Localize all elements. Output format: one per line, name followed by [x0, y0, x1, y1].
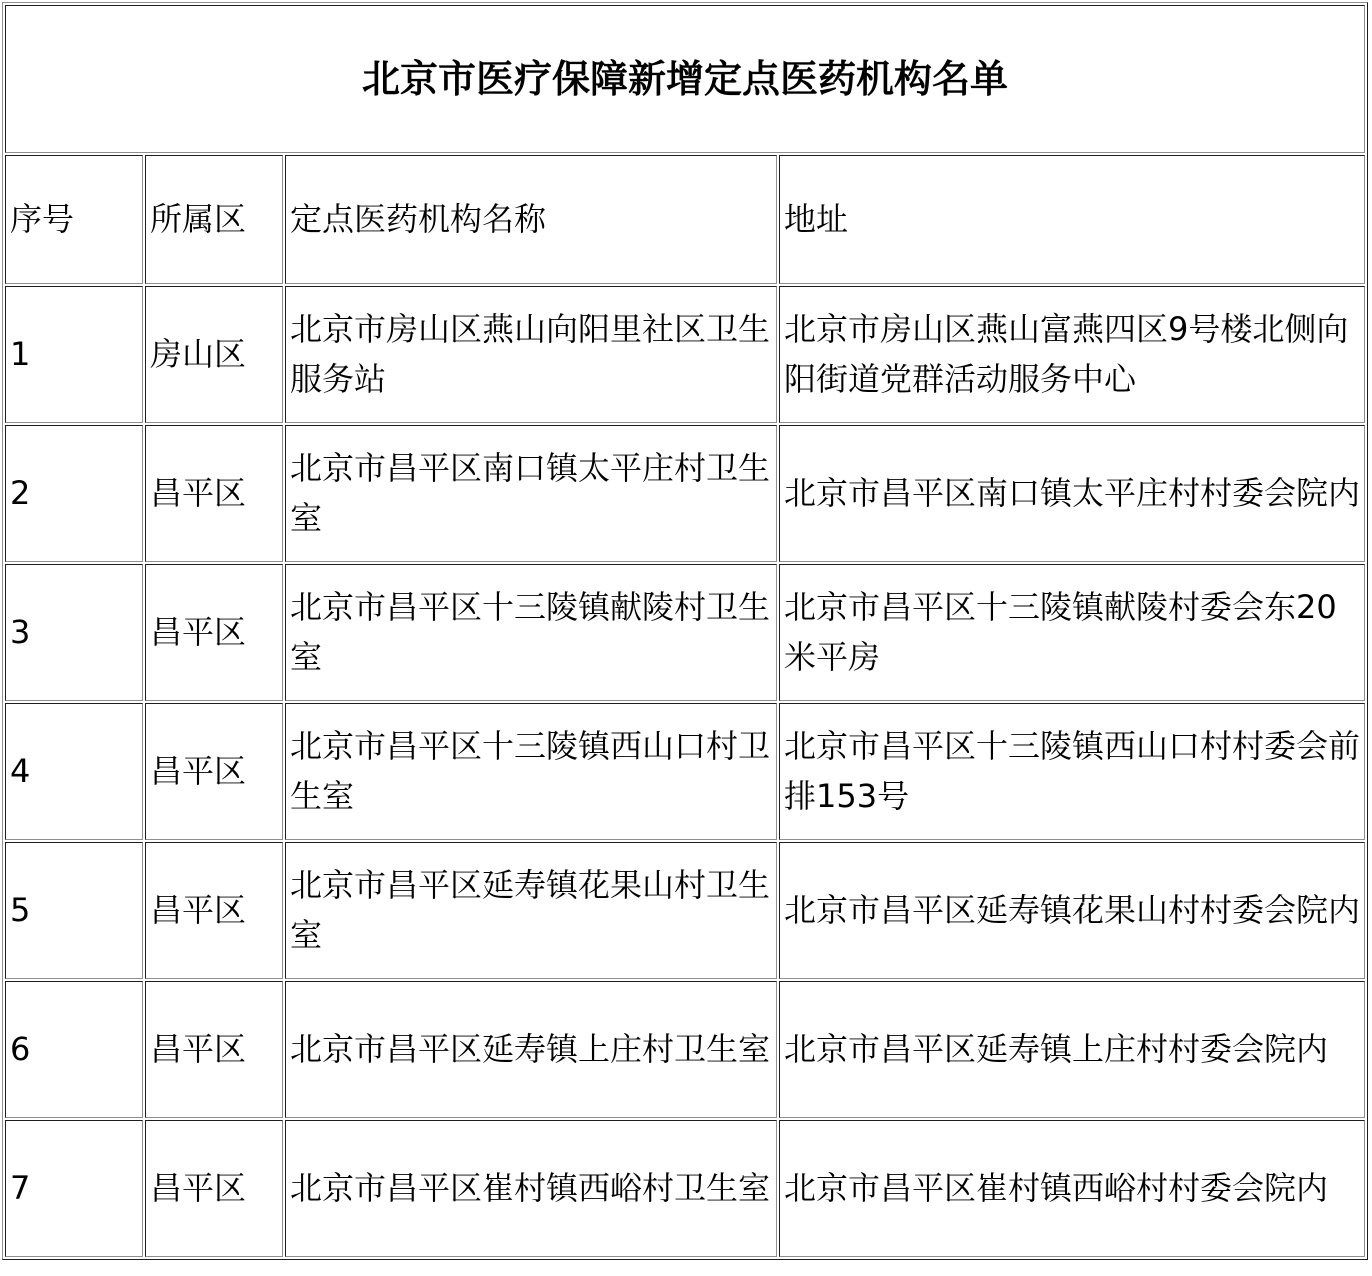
cell-seq: 2: [5, 425, 143, 562]
cell-district: 昌平区: [145, 981, 283, 1118]
table-row: 6 昌平区 北京市昌平区延寿镇上庄村卫生室 北京市昌平区延寿镇上庄村村委会院内: [5, 981, 1365, 1118]
cell-address: 北京市昌平区崔村镇西峪村村委会院内: [779, 1120, 1365, 1257]
cell-seq: 5: [5, 842, 143, 979]
title-row: 北京市医疗保障新增定点医药机构名单: [5, 5, 1365, 153]
cell-address: 北京市昌平区延寿镇上庄村村委会院内: [779, 981, 1365, 1118]
cell-institution-name: 北京市昌平区延寿镇花果山村卫生室: [285, 842, 777, 979]
cell-district: 房山区: [145, 286, 283, 423]
cell-seq: 4: [5, 703, 143, 840]
cell-seq: 3: [5, 564, 143, 701]
col-header-institution-name: 定点医药机构名称: [285, 155, 777, 284]
cell-institution-name: 北京市房山区燕山向阳里社区卫生服务站: [285, 286, 777, 423]
cell-seq: 1: [5, 286, 143, 423]
cell-institution-name: 北京市昌平区十三陵镇献陵村卫生室: [285, 564, 777, 701]
cell-district: 昌平区: [145, 425, 283, 562]
cell-seq: 6: [5, 981, 143, 1118]
cell-district: 昌平区: [145, 564, 283, 701]
table-header-row: 序号 所属区 定点医药机构名称 地址: [5, 155, 1365, 284]
cell-district: 昌平区: [145, 842, 283, 979]
cell-address: 北京市昌平区延寿镇花果山村村委会院内: [779, 842, 1365, 979]
cell-institution-name: 北京市昌平区崔村镇西峪村卫生室: [285, 1120, 777, 1257]
table-row: 4 昌平区 北京市昌平区十三陵镇西山口村卫生室 北京市昌平区十三陵镇西山口村村委…: [5, 703, 1365, 840]
table-row: 2 昌平区 北京市昌平区南口镇太平庄村卫生室 北京市昌平区南口镇太平庄村村委会院…: [5, 425, 1365, 562]
cell-address: 北京市昌平区南口镇太平庄村村委会院内: [779, 425, 1365, 562]
table-row: 7 昌平区 北京市昌平区崔村镇西峪村卫生室 北京市昌平区崔村镇西峪村村委会院内: [5, 1120, 1365, 1257]
cell-address: 北京市昌平区十三陵镇献陵村委会东20米平房: [779, 564, 1365, 701]
col-header-address: 地址: [779, 155, 1365, 284]
col-header-seq: 序号: [5, 155, 143, 284]
table-row: 5 昌平区 北京市昌平区延寿镇花果山村卫生室 北京市昌平区延寿镇花果山村村委会院…: [5, 842, 1365, 979]
cell-institution-name: 北京市昌平区延寿镇上庄村卫生室: [285, 981, 777, 1118]
medical-institutions-table: 北京市医疗保障新增定点医药机构名单 序号 所属区 定点医药机构名称 地址 1 房…: [2, 2, 1368, 1260]
cell-district: 昌平区: [145, 703, 283, 840]
cell-institution-name: 北京市昌平区南口镇太平庄村卫生室: [285, 425, 777, 562]
cell-address: 北京市昌平区十三陵镇西山口村村委会前排153号: [779, 703, 1365, 840]
table-row: 1 房山区 北京市房山区燕山向阳里社区卫生服务站 北京市房山区燕山富燕四区9号楼…: [5, 286, 1365, 423]
cell-address: 北京市房山区燕山富燕四区9号楼北侧向阳街道党群活动服务中心: [779, 286, 1365, 423]
col-header-district: 所属区: [145, 155, 283, 284]
cell-district: 昌平区: [145, 1120, 283, 1257]
table-row: 3 昌平区 北京市昌平区十三陵镇献陵村卫生室 北京市昌平区十三陵镇献陵村委会东2…: [5, 564, 1365, 701]
page-title: 北京市医疗保障新增定点医药机构名单: [5, 5, 1365, 153]
cell-seq: 7: [5, 1120, 143, 1257]
cell-institution-name: 北京市昌平区十三陵镇西山口村卫生室: [285, 703, 777, 840]
